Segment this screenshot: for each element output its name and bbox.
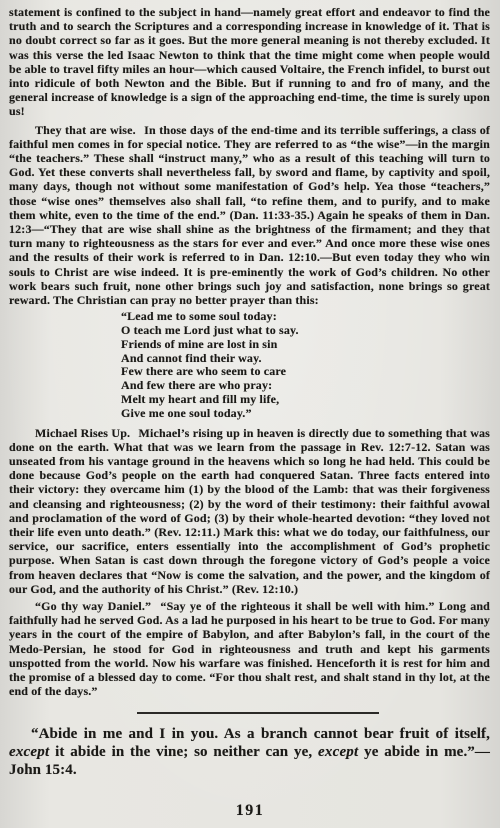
closing-quote-part: it abide in the vine; so neither can ye, bbox=[49, 744, 318, 760]
section-text-go-thy-way-daniel: “Say ye of the righteous it shall be wel… bbox=[9, 599, 490, 698]
paragraph-they-that-are-wise: They that are wise. In those days of the… bbox=[9, 123, 490, 308]
poem-line: Few there are who seem to care bbox=[121, 365, 490, 379]
section-lead-they-that-are-wise: They that are wise. bbox=[35, 123, 136, 137]
prayer-poem: “Lead me to some soul today: O teach me … bbox=[121, 310, 490, 420]
section-divider-rule bbox=[137, 712, 379, 714]
poem-line: Melt my heart and fill my life, bbox=[121, 393, 490, 407]
poem-line: Give me one soul today.” bbox=[121, 407, 490, 421]
poem-line: And few there are who pray: bbox=[121, 379, 490, 393]
closing-quote-part: “Abide in me and I in you. As a branch c… bbox=[31, 726, 490, 742]
paragraph-continuation-text: statement is confined to the subject in … bbox=[9, 5, 490, 118]
closing-scripture-quote: “Abide in me and I in you. As a branch c… bbox=[9, 725, 490, 779]
section-text-they-that-are-wise: In those days of the end-time and its te… bbox=[9, 123, 490, 307]
closing-quote-emphasis: except bbox=[318, 744, 358, 760]
paragraph-michael-rises-up: Michael Rises Up. Michael’s rising up in… bbox=[9, 426, 490, 596]
poem-line: Friends of mine are lost in sin bbox=[121, 338, 490, 352]
poem-line: “Lead me to some soul today: bbox=[121, 310, 490, 324]
section-lead-michael-rises-up: Michael Rises Up. bbox=[35, 426, 130, 440]
scanned-book-page: statement is confined to the subject in … bbox=[0, 0, 500, 828]
section-text-michael-rises-up: Michael’s rising up in heaven is directl… bbox=[9, 426, 490, 596]
paragraph-go-thy-way-daniel: “Go thy way Daniel.” “Say ye of the righ… bbox=[9, 599, 490, 698]
closing-quote-emphasis: except bbox=[9, 744, 49, 760]
poem-line: O teach me Lord just what to say. bbox=[121, 324, 490, 338]
page-number: 191 bbox=[0, 804, 500, 818]
section-lead-go-thy-way-daniel: “Go thy way Daniel.” bbox=[35, 599, 151, 613]
poem-line: And cannot find their way. bbox=[121, 352, 490, 366]
paragraph-continuation: statement is confined to the subject in … bbox=[9, 5, 490, 119]
